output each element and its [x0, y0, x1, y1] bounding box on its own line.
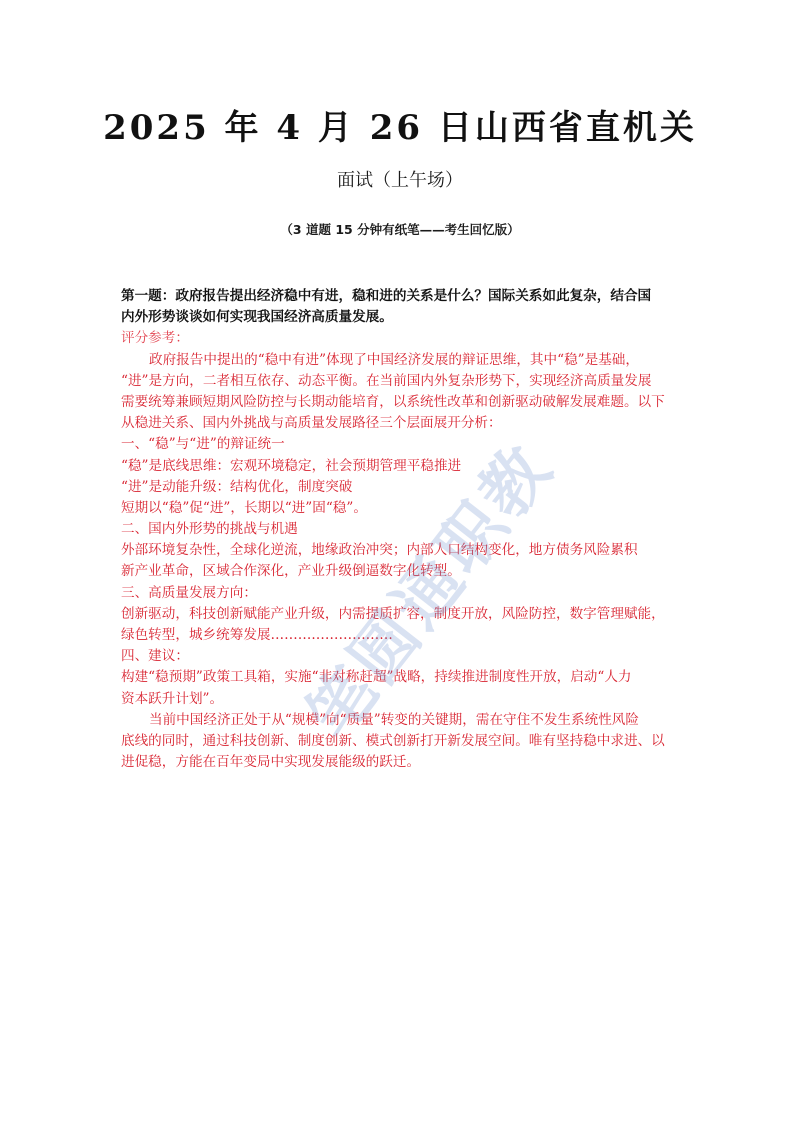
document-body: 第一题：政府报告提出经济稳中有进，稳和进的关系是什么？国际关系如此复杂，结合国 … — [121, 286, 683, 773]
intro-line: “进”是方向，二者相互依存、动态平衡。在当前国内外复杂形势下，实现经济高质量发展 — [121, 371, 683, 392]
document-subtitle: 面试（上午场） — [0, 168, 800, 194]
section-line: 构建“稳预期”政策工具箱，实施“非对称赶超”战略，持续推进制度性开放，启动“人力 — [121, 667, 683, 688]
reference-label: 评分参考： — [121, 328, 683, 349]
section-line: 创新驱动，科技创新赋能产业升级，内需提质扩容，制度开放，风险防控，数字管理赋能， — [121, 604, 683, 625]
conclusion-line: 进促稳，方能在百年变局中实现发展能级的跃迁。 — [121, 752, 683, 773]
conclusion: 当前中国经济正处于从“规模”向“质量”转变的关键期，需在守住不发生系统性风险 底… — [121, 710, 683, 774]
section-line: “进”是动能升级：结构优化，制度突破 — [121, 477, 683, 498]
section-line: 外部环境复杂性，全球化逆流，地缘政治冲突；内部人口结构变化，地方债务风险累积 — [121, 540, 683, 561]
section-line: 资本跃升计划”。 — [121, 689, 683, 710]
document-page: 2025 年 4 月 26 日山西省直机关 面试（上午场） （3 道题 15 分… — [0, 0, 800, 1131]
document-title: 2025 年 4 月 26 日山西省直机关 — [0, 106, 800, 150]
section-heading: 一、“稳”与“进”的辩证统一 — [121, 434, 683, 455]
section-4: 四、建议： 构建“稳预期”政策工具箱，实施“非对称赶超”战略，持续推进制度性开放… — [121, 646, 683, 710]
conclusion-line: 当前中国经济正处于从“规模”向“质量”转变的关键期，需在守住不发生系统性风险 — [121, 710, 683, 731]
section-line: 绿色转型，城乡统筹发展……………………… — [121, 625, 683, 646]
intro-line: 需要统筹兼顾短期风险防控与长期动能培育，以系统性改革和创新驱动破解发展难题。以下 — [121, 392, 683, 413]
reference-answer: 评分参考： 政府报告中提出的“稳中有进”体现了中国经济发展的辩证思维，其中“稳”… — [121, 328, 683, 773]
document-note: （3 道题 15 分钟有纸笔——考生回忆版） — [0, 220, 800, 240]
section-1: 一、“稳”与“进”的辩证统一 “稳”是底线思维：宏观环境稳定，社会预期管理平稳推… — [121, 434, 683, 519]
section-line: “稳”是底线思维：宏观环境稳定，社会预期管理平稳推进 — [121, 456, 683, 477]
question-line: 第一题：政府报告提出经济稳中有进，稳和进的关系是什么？国际关系如此复杂，结合国 — [121, 286, 683, 307]
intro-line: 政府报告中提出的“稳中有进”体现了中国经济发展的辩证思维，其中“稳”是基础， — [121, 350, 683, 371]
section-line: 短期以“稳”促“进”，长期以“进”固“稳”。 — [121, 498, 683, 519]
section-3: 三、高质量发展方向： 创新驱动，科技创新赋能产业升级，内需提质扩容，制度开放，风… — [121, 583, 683, 647]
question-line: 内外形势谈谈如何实现我国经济高质量发展。 — [121, 307, 683, 328]
conclusion-line: 底线的同时，通过科技创新、制度创新、模式创新打开新发展空间。唯有坚持稳中求进、以 — [121, 731, 683, 752]
section-2: 二、国内外形势的挑战与机遇 外部环境复杂性，全球化逆流，地缘政治冲突；内部人口结… — [121, 519, 683, 583]
intro-line: 从稳进关系、国内外挑战与高质量发展路径三个层面展开分析： — [121, 413, 683, 434]
section-heading: 三、高质量发展方向： — [121, 583, 683, 604]
section-heading: 四、建议： — [121, 646, 683, 667]
section-line: 新产业革命，区域合作深化，产业升级倒逼数字化转型。 — [121, 561, 683, 582]
question-1: 第一题：政府报告提出经济稳中有进，稳和进的关系是什么？国际关系如此复杂，结合国 … — [121, 286, 683, 328]
section-heading: 二、国内外形势的挑战与机遇 — [121, 519, 683, 540]
